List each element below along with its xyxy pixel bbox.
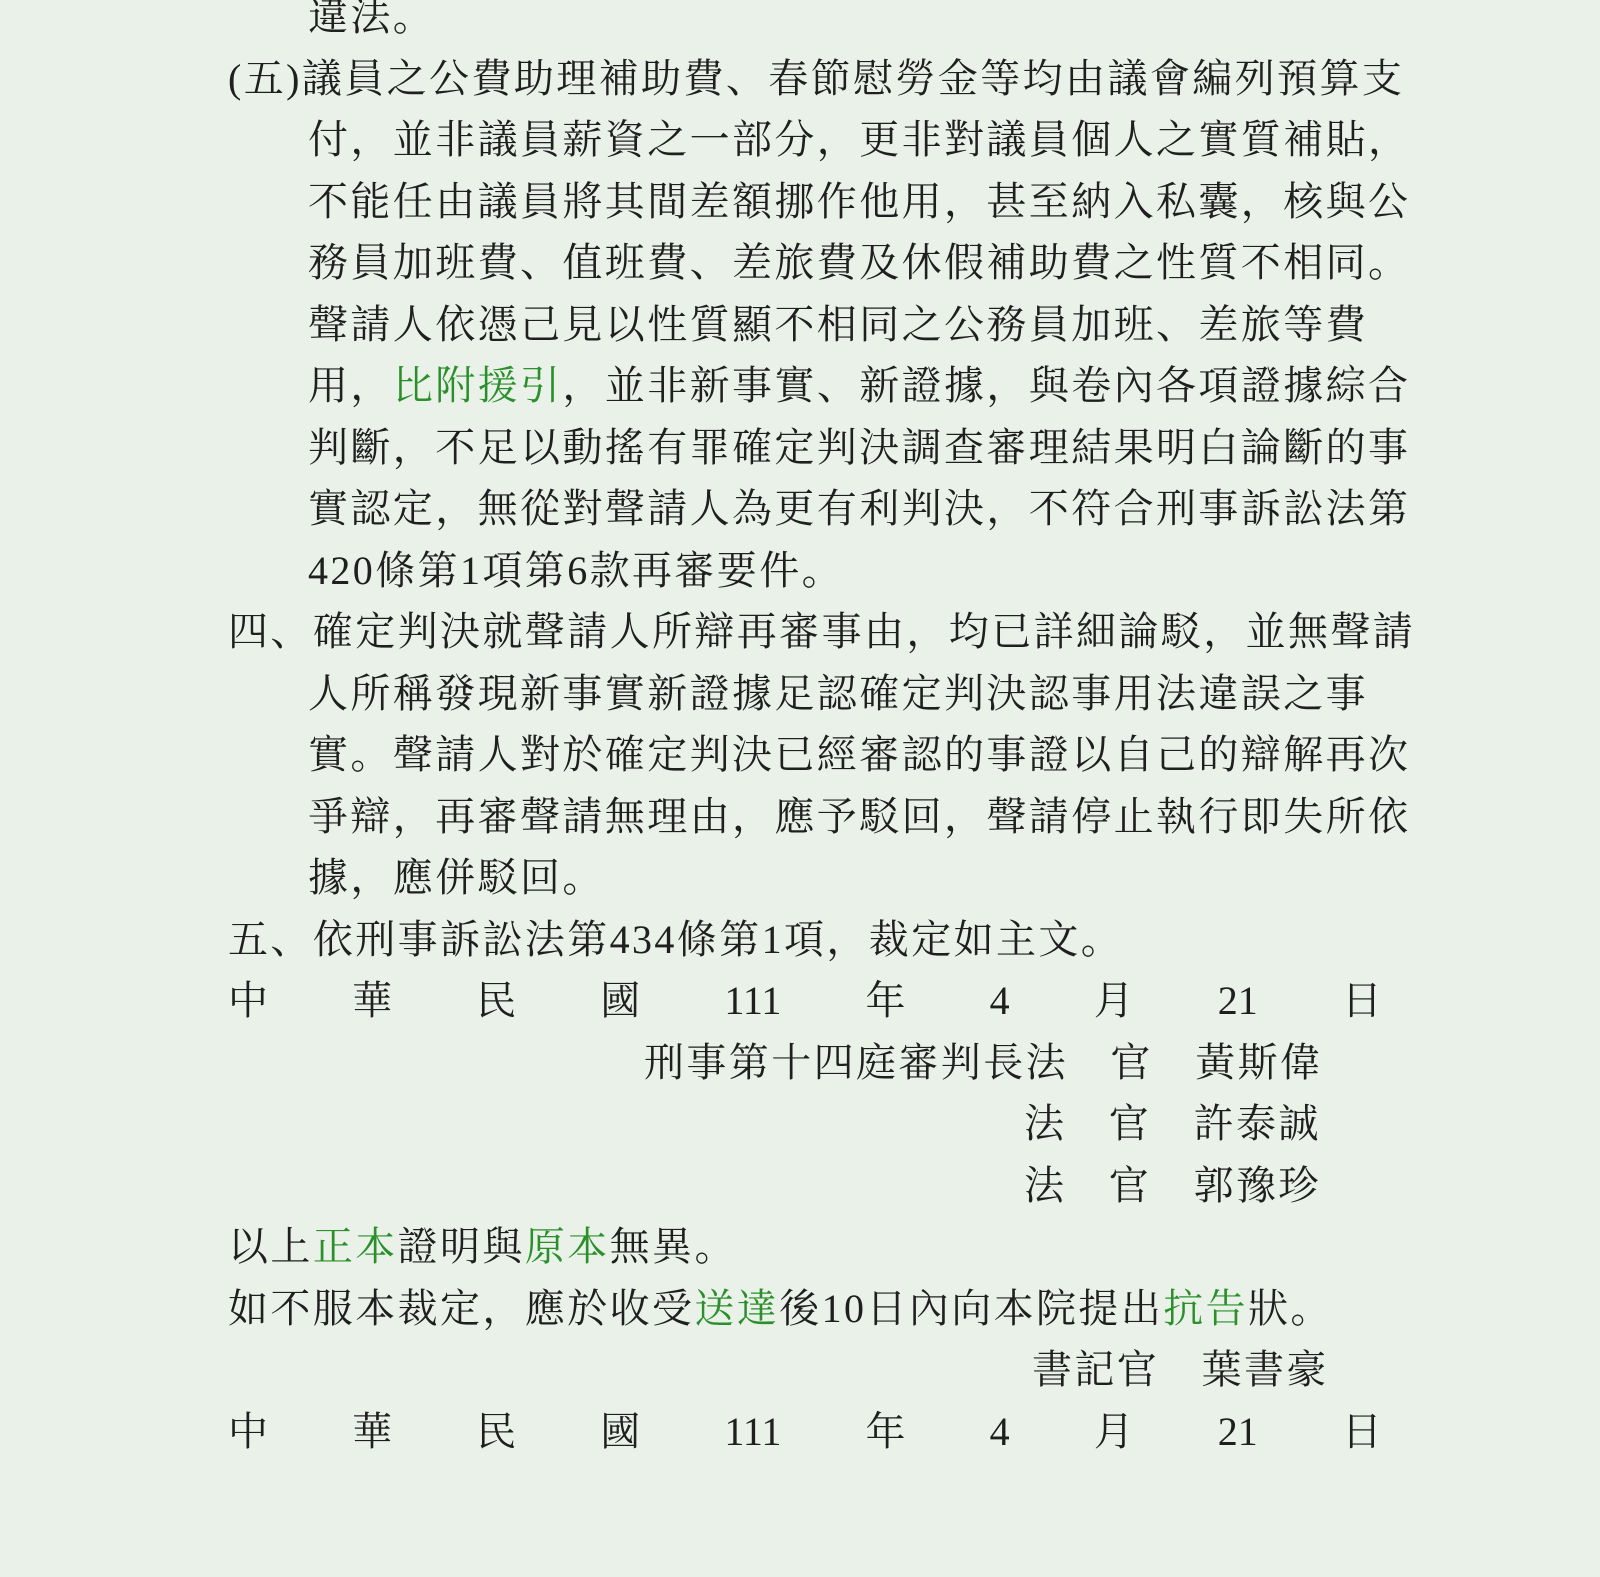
date-token: 國 <box>600 1401 640 1463</box>
text-line: 刑事第十四庭審判長法 官 黃斯偉 <box>0 1032 1600 1094</box>
date-token: 年 <box>866 1401 906 1463</box>
text-line: 用，比附援引，並非新事實、新證據，與卷內各項證據綜合 <box>0 355 1600 417</box>
highlighted-term: 抗告 <box>1163 1286 1248 1331</box>
highlighted-term: 比附援引 <box>393 363 563 408</box>
text-run: (五)議員之公費助理補助費、春節慰勞金等均由議會編列預算支 <box>228 56 1404 101</box>
text-run: 狀。 <box>1248 1286 1333 1331</box>
text-line: 據，應併駁回。 <box>0 847 1600 909</box>
text-line: 四、確定判決就聲請人所辯再審事由，均已詳細論駁，並無聲請 <box>0 601 1600 663</box>
text-run: 無異。 <box>610 1224 737 1269</box>
date-token: 日 <box>1342 1401 1382 1463</box>
text-line: (五)議員之公費助理補助費、春節慰勞金等均由議會編列預算支 <box>0 48 1600 110</box>
text-line: 人所稱發現新事實新證據足認確定判決認事用法違誤之事 <box>0 663 1600 725</box>
text-run: 務員加班費、值班費、差旅費及休假補助費之性質不相同。 <box>308 240 1410 285</box>
text-run: 420條第1項第6款再審要件。 <box>308 548 844 593</box>
text-run: 據，應併駁回。 <box>308 855 605 900</box>
date-token: 民 <box>476 970 516 1032</box>
text-run: 五、依刑事訴訟法第434條第1項，裁定如主文。 <box>228 917 1123 962</box>
text-line: 實。聲請人對於確定判決已經審認的事證以自己的辯解再次 <box>0 724 1600 786</box>
text-line: 五、依刑事訴訟法第434條第1項，裁定如主文。 <box>0 909 1600 971</box>
highlighted-term: 原本 <box>525 1224 610 1269</box>
text-run: 違法。 <box>308 0 435 39</box>
text-line: 書記官 葉書豪 <box>0 1339 1600 1401</box>
text-run: ，並非新事實、新證據，與卷內各項證據綜合 <box>562 363 1410 408</box>
text-line: 以上正本證明與原本無異。 <box>0 1216 1600 1278</box>
document-body: 違法。(五)議員之公費助理補助費、春節慰勞金等均由議會編列預算支付，並非議員薪資… <box>0 0 1600 1462</box>
date-token: 4 <box>990 1401 1010 1463</box>
text-run: 用， <box>308 363 393 408</box>
date-token: 中 <box>228 970 268 1032</box>
text-run: 爭辯，再審聲請無理由，應予駁回，聲請停止執行即失所依 <box>308 794 1410 839</box>
document-page: 違法。(五)議員之公費助理補助費、春節慰勞金等均由議會編列預算支付，並非議員薪資… <box>0 0 1600 1577</box>
text-run: 證明與 <box>398 1224 525 1269</box>
text-line: 判斷，不足以動搖有罪確定判決調查審理結果明白論斷的事 <box>0 417 1600 479</box>
text-run: 付，並非議員薪資之一部分，更非對議員個人之實質補貼， <box>308 117 1410 162</box>
date-token: 21 <box>1218 970 1258 1032</box>
text-line: 付，並非議員薪資之一部分，更非對議員個人之實質補貼， <box>0 109 1600 171</box>
date-token: 國 <box>600 970 640 1032</box>
text-run: 刑事第十四庭審判長法 官 黃斯偉 <box>644 1040 1322 1085</box>
text-run: 如不服本裁定，應於收受 <box>228 1286 694 1331</box>
text-line: 法 官 許泰誠 <box>0 1093 1600 1155</box>
text-run: 四、確定判決就聲請人所辯再審事由，均已詳細論駁，並無聲請 <box>228 609 1415 654</box>
highlighted-term: 正本 <box>313 1224 398 1269</box>
text-run: 實。聲請人對於確定判決已經審認的事證以自己的辯解再次 <box>308 732 1410 777</box>
highlighted-term: 送達 <box>694 1286 779 1331</box>
text-line: 法 官 郭豫珍 <box>0 1155 1600 1217</box>
text-line: 不能任由議員將其間差額挪作他用，甚至納入私囊，核與公 <box>0 171 1600 233</box>
date-token: 月 <box>1094 970 1134 1032</box>
text-line: 違法。 <box>0 0 1600 48</box>
date-token: 月 <box>1094 1401 1134 1463</box>
text-run: 法 官 許泰誠 <box>1024 1101 1321 1146</box>
date-line: 中華民國111年4月21日 <box>228 970 1382 1032</box>
date-token: 中 <box>228 1401 268 1463</box>
date-token: 21 <box>1218 1401 1258 1463</box>
date-token: 111 <box>724 1401 781 1463</box>
text-run: 法 官 郭豫珍 <box>1024 1163 1321 1208</box>
date-token: 華 <box>352 1401 392 1463</box>
text-line: 聲請人依憑己見以性質顯不相同之公務員加班、差旅等費 <box>0 294 1600 356</box>
text-run: 人所稱發現新事實新證據足認確定判決認事用法違誤之事 <box>308 671 1368 716</box>
text-line: 務員加班費、值班費、差旅費及休假補助費之性質不相同。 <box>0 232 1600 294</box>
text-run: 實認定，無從對聲請人為更有利判決，不符合刑事訴訟法第 <box>308 486 1410 531</box>
text-line: 如不服本裁定，應於收受送達後10日內向本院提出抗告狀。 <box>0 1278 1600 1340</box>
text-run: 聲請人依憑己見以性質顯不相同之公務員加班、差旅等費 <box>308 302 1368 347</box>
text-run: 後10日內向本院提出 <box>779 1286 1163 1331</box>
text-line: 實認定，無從對聲請人為更有利判決，不符合刑事訴訟法第 <box>0 478 1600 540</box>
date-token: 111 <box>724 970 781 1032</box>
date-token: 年 <box>866 970 906 1032</box>
text-run: 書記官 葉書豪 <box>1032 1347 1329 1392</box>
text-run: 不能任由議員將其間差額挪作他用，甚至納入私囊，核與公 <box>308 179 1410 224</box>
date-token: 民 <box>476 1401 516 1463</box>
date-token: 華 <box>352 970 392 1032</box>
text-run: 判斷，不足以動搖有罪確定判決調查審理結果明白論斷的事 <box>308 425 1410 470</box>
text-run: 以上 <box>228 1224 313 1269</box>
date-token: 日 <box>1342 970 1382 1032</box>
text-line: 爭辯，再審聲請無理由，應予駁回，聲請停止執行即失所依 <box>0 786 1600 848</box>
date-token: 4 <box>990 970 1010 1032</box>
date-line: 中華民國111年4月21日 <box>228 1401 1382 1463</box>
text-line: 420條第1項第6款再審要件。 <box>0 540 1600 602</box>
